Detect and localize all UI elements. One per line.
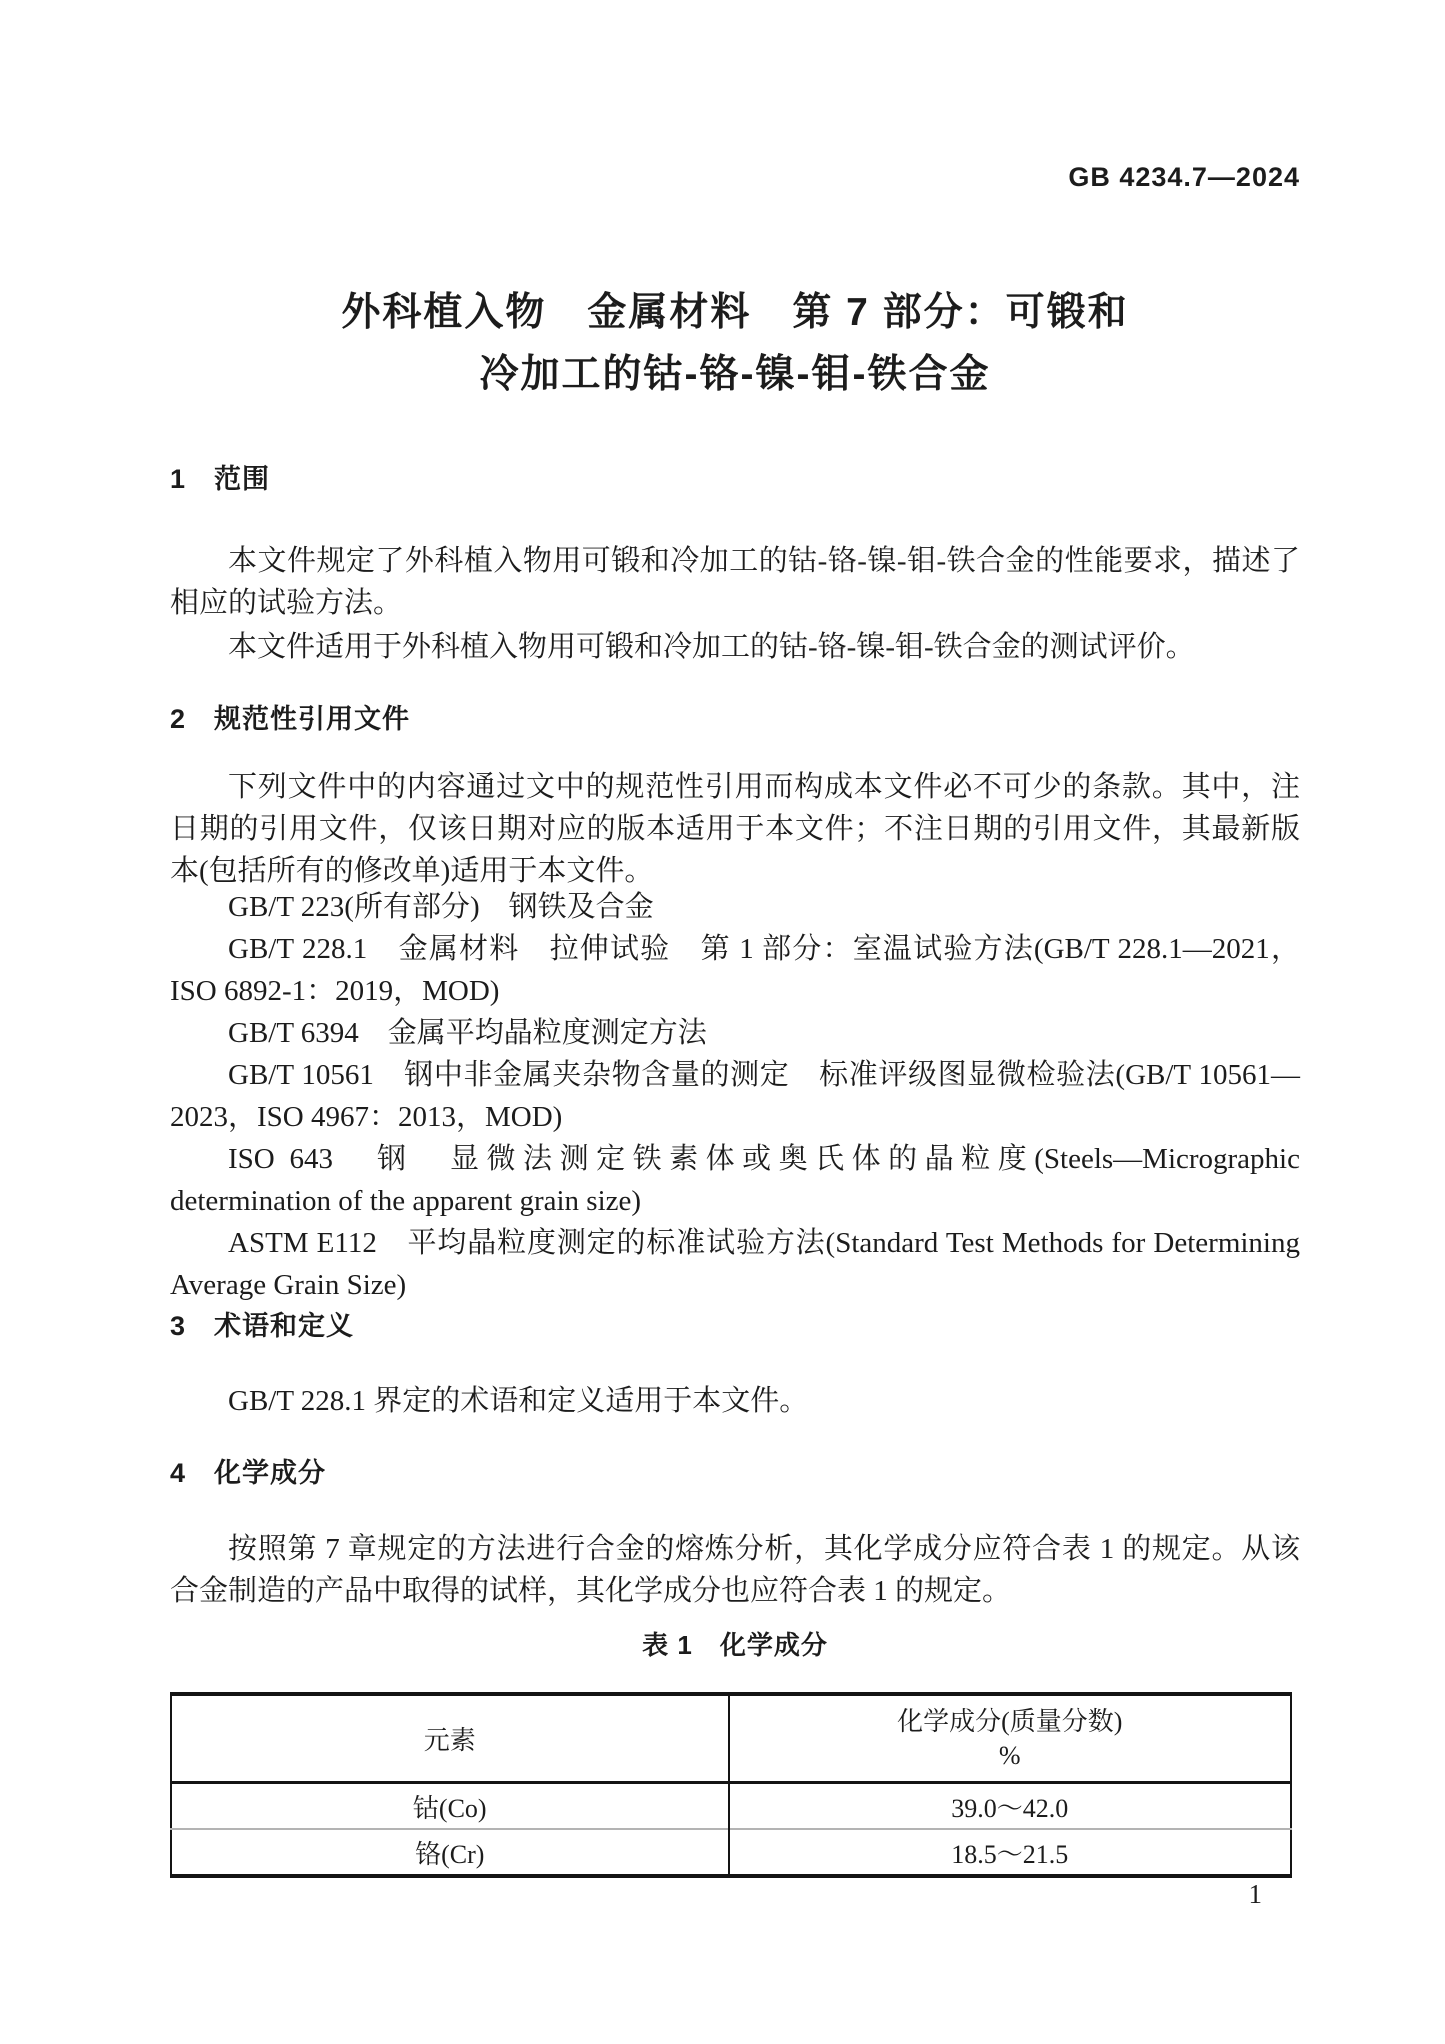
chemistry-paragraph: 按照第 7 章规定的方法进行合金的熔炼分析，其化学成分应符合表 1 的规定。从该… [170,1528,1300,1612]
reference-item: GB/T 223(所有部分) 钢铁及合金 [170,886,1300,928]
scope-paragraph-2: 本文件适用于外科植入物用可锻和冷加工的钴-铬-镍-钼-铁合金的测试评价。 [170,626,1300,668]
table1-caption: 表 1 化学成分 [170,1628,1300,1662]
composition-header-line2: % [730,1739,1290,1773]
reference-item: ASTM E112 平均晶粒度测定的标准试验方法(Standard Test M… [170,1222,1300,1306]
document-title: 外科植入物 金属材料 第 7 部分：可锻和 冷加工的钴-铬-镍-钼-铁合金 [170,282,1300,406]
references-list: GB/T 223(所有部分) 钢铁及合金 GB/T 228.1 金属材料 拉伸试… [170,886,1300,1306]
standard-number: GB 4234.7—2024 [170,160,1300,194]
chemical-composition-table: 元素 化学成分(质量分数) % 钴(Co) 39.0～42.0 铬(Cr) 18… [170,1692,1292,1878]
table1-wrapper: 元素 化学成分(质量分数) % 钴(Co) 39.0～42.0 铬(Cr) 18… [170,1692,1292,1878]
element-cell: 铬(Cr) [171,1829,729,1876]
composition-column-header: 化学成分(质量分数) % [729,1694,1291,1783]
composition-header-line1: 化学成分(质量分数) [730,1705,1290,1739]
section-heading-chemistry: 4 化学成分 [170,1456,1300,1490]
reference-item: GB/T 6394 金属平均晶粒度测定方法 [170,1012,1300,1054]
table-row: 钴(Co) 39.0～42.0 [171,1783,1291,1830]
reference-item: GB/T 228.1 金属材料 拉伸试验 第 1 部分：室温试验方法(GB/T … [170,928,1300,1012]
section-heading-terms: 3 术语和定义 [170,1309,1300,1343]
table-header-row: 元素 化学成分(质量分数) % [171,1694,1291,1783]
range-cell: 18.5～21.5 [729,1829,1291,1876]
element-column-header: 元素 [171,1694,729,1783]
page-number: 1 [170,1878,1300,1910]
reference-item: ISO 643 钢 显微法测定铁素体或奥氏体的晶粒度(Steels—Microg… [170,1138,1300,1222]
section-heading-references: 2 规范性引用文件 [170,702,1300,736]
document-page: GB 4234.7—2024 外科植入物 金属材料 第 7 部分：可锻和 冷加工… [0,0,1445,2044]
document-title-line1: 外科植入物 金属材料 第 7 部分：可锻和 [170,282,1300,344]
element-cell: 钴(Co) [171,1783,729,1830]
references-intro-paragraph: 下列文件中的内容通过文中的规范性引用而构成本文件必不可少的条款。其中，注日期的引… [170,766,1300,892]
table-row: 铬(Cr) 18.5～21.5 [171,1829,1291,1876]
section-heading-scope: 1 范围 [170,462,1300,496]
scope-paragraph-1: 本文件规定了外科植入物用可锻和冷加工的钴-铬-镍-钼-铁合金的性能要求，描述了相… [170,540,1300,624]
reference-item: GB/T 10561 钢中非金属夹杂物含量的测定 标准评级图显微检验法(GB/T… [170,1054,1300,1138]
range-cell: 39.0～42.0 [729,1783,1291,1830]
terms-paragraph: GB/T 228.1 界定的术语和定义适用于本文件。 [170,1380,1300,1422]
document-title-line2: 冷加工的钴-铬-镍-钼-铁合金 [170,344,1300,406]
